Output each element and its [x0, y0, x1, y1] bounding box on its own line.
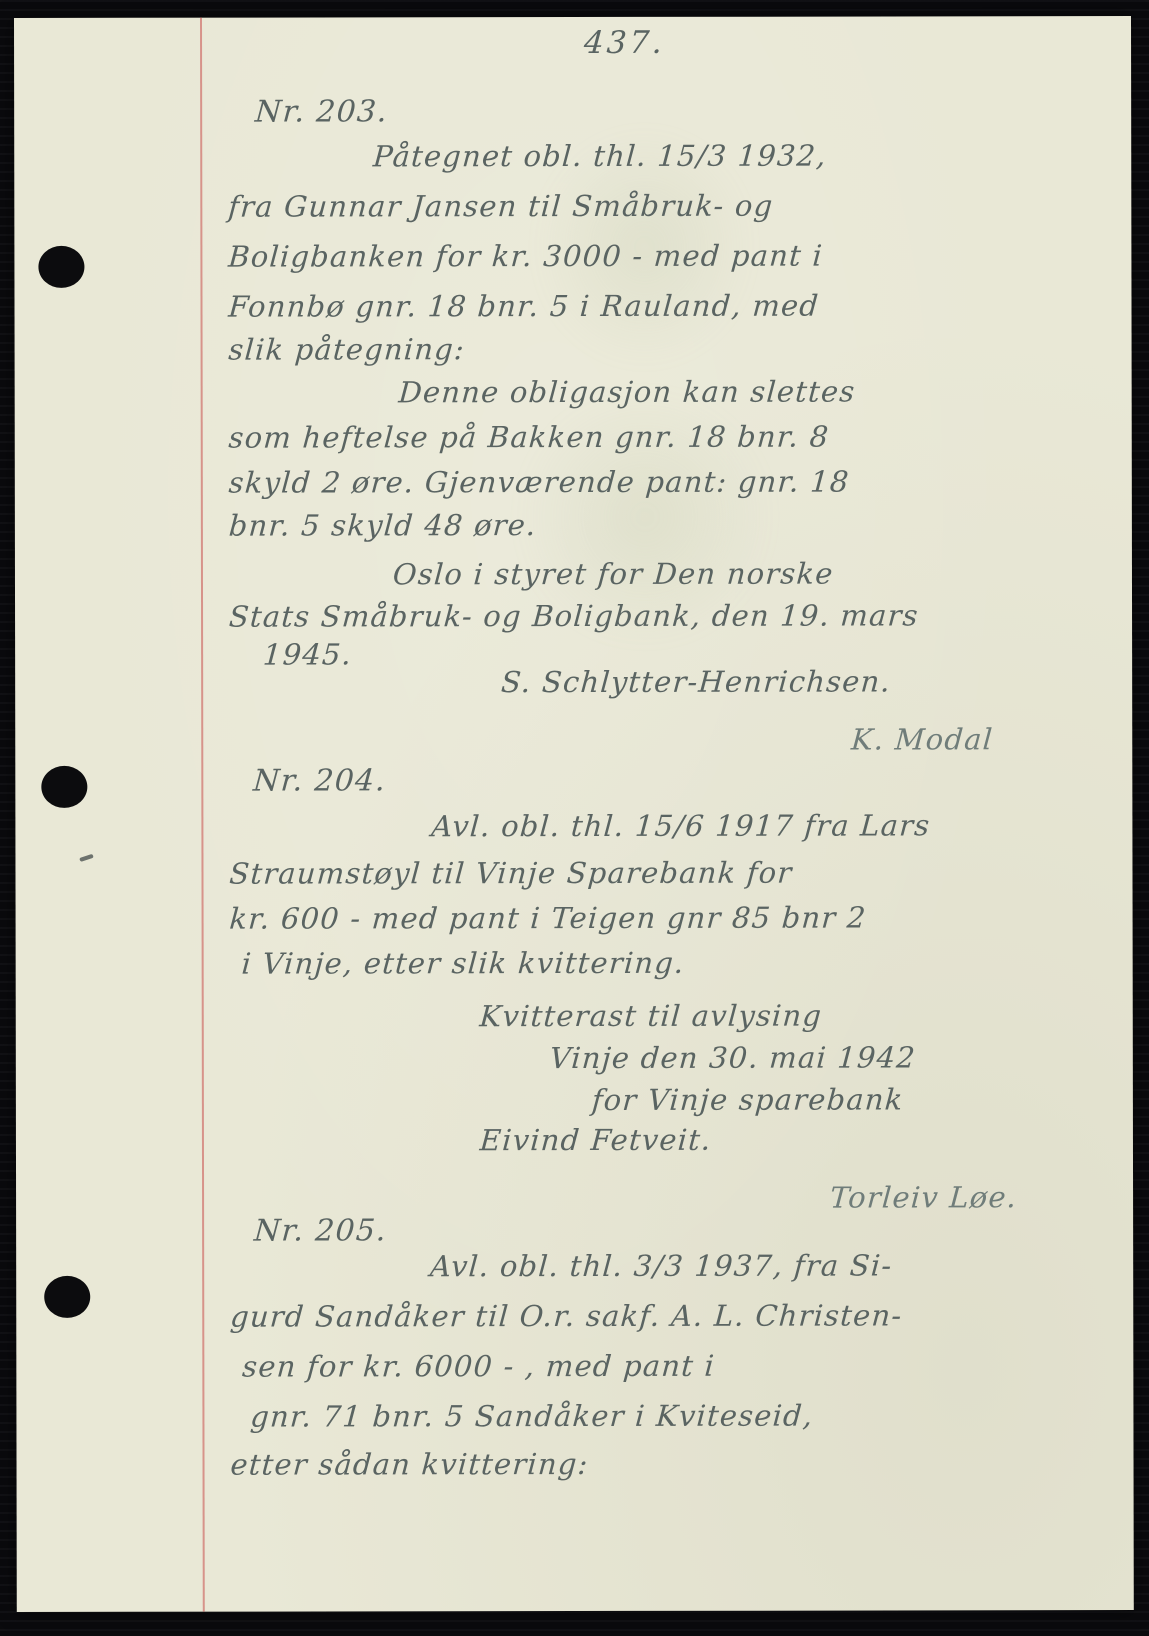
handwritten-line: Boligbanken for kr. 3000 - med pant i [227, 239, 824, 274]
page-number: 437. [583, 25, 666, 61]
punch-hole [41, 766, 87, 808]
margin-rule-line [200, 18, 205, 1612]
handwritten-line: for Vinje sparebank [591, 1082, 905, 1117]
handwritten-line: Oslo i styret for Den norske [392, 557, 835, 592]
handwritten-line: Avl. obl. thl. 3/3 1937, fra Si- [429, 1248, 894, 1283]
ledger-page: 437. Nr. 203. Påtegnet obl. thl. 15/3 19… [14, 16, 1134, 1612]
ink-speck [79, 854, 94, 862]
handwritten-line: som heftelse på Bakken gnr. 18 bnr. 8 [228, 420, 831, 455]
punch-hole [38, 246, 84, 288]
handwritten-line: bnr. 5 skyld 48 øre. [228, 508, 538, 543]
handwritten-line: Avl. obl. thl. 15/6 1917 fra Lars [430, 808, 931, 843]
handwritten-line: 1945. [262, 637, 353, 671]
handwritten-line: fra Gunnar Jansen til Småbruk- og [227, 189, 774, 224]
signature-line: S. Schlytter-Henrichsen. [500, 664, 892, 699]
signature-line: K. Modal [850, 722, 994, 756]
handwritten-line: Stats Småbruk- og Boligbank, den 19. mar… [228, 598, 920, 633]
handwritten-line: Denne obligasjon kan slettes [397, 375, 856, 410]
handwritten-line: gnr. 71 bnr. 5 Sandåker i Kviteseid, [249, 1399, 814, 1434]
handwritten-line: etter sådan kvittering: [229, 1447, 589, 1482]
handwritten-line: i Vinje, etter slik kvittering. [240, 946, 685, 981]
signature-line: Torleiv Løe. [829, 1180, 1019, 1214]
handwritten-line: Fonnbø gnr. 18 bnr. 5 i Rauland, med [227, 289, 820, 324]
punch-hole [44, 1276, 90, 1318]
entry-number: Nr. 205. [253, 1213, 388, 1248]
handwritten-line: kr. 600 - med pant i Teigen gnr 85 bnr 2 [228, 901, 867, 936]
signature-line: Eivind Fetveit. [479, 1123, 713, 1157]
handwritten-line: Påtegnet obl. thl. 15/3 1932, [372, 139, 828, 174]
handwritten-line: Straumstøyl til Vinje Sparebank for [228, 856, 793, 891]
handwritten-line: sen for kr. 6000 - , med pant i [241, 1349, 716, 1384]
entry-number: Nr. 203. [254, 94, 389, 129]
handwritten-line: Kvitterast til avlysing [479, 999, 824, 1034]
handwritten-line: slik påtegning: [227, 332, 466, 366]
handwritten-line: skyld 2 øre. Gjenværende pant: gnr. 18 [228, 465, 851, 500]
handwritten-line: gurd Sandåker til O.r. sakf. A. L. Chris… [229, 1298, 903, 1333]
handwritten-line: Vinje den 30. mai 1942 [549, 1040, 918, 1075]
entry-number: Nr. 204. [252, 763, 387, 798]
